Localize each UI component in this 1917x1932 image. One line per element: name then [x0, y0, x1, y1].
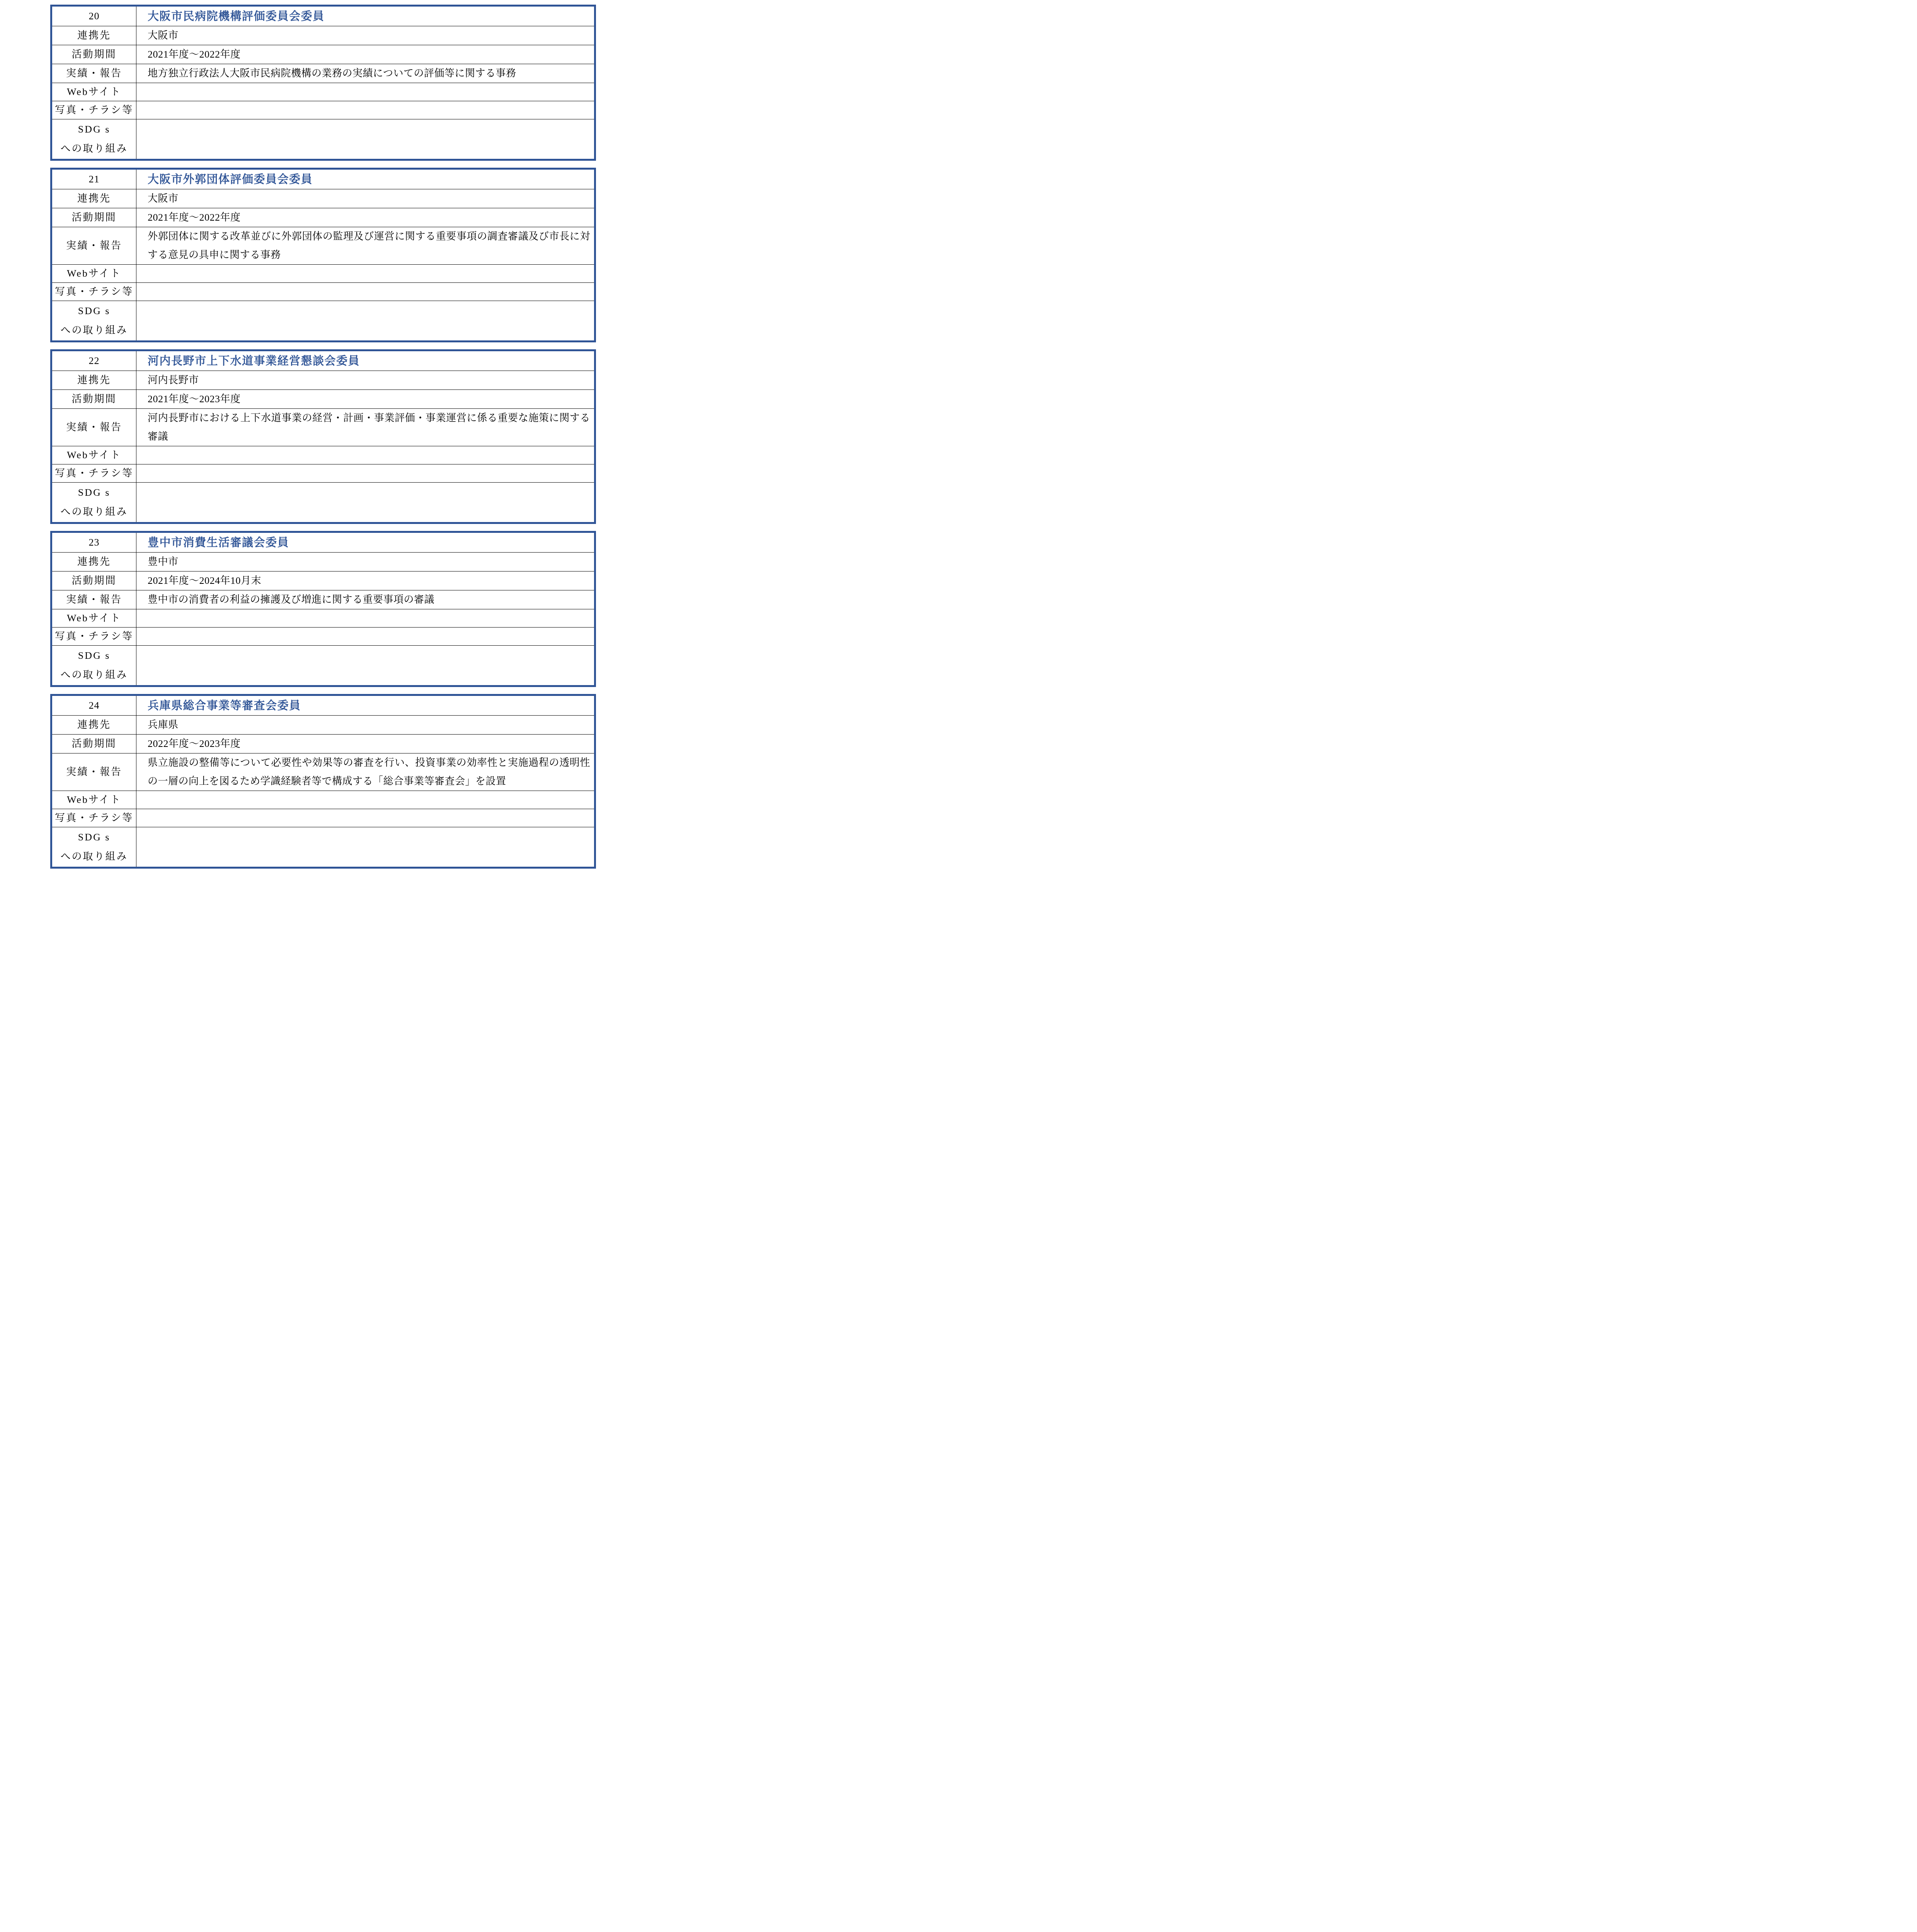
table-row: 写真・チラシ等	[51, 101, 595, 119]
table-row: SDG sへの取り組み	[51, 827, 595, 868]
partner-value: 河内長野市	[136, 371, 595, 390]
row-label-website: Webサイト	[51, 83, 136, 101]
website-value	[136, 83, 595, 101]
row-label-results: 実績・報告	[51, 590, 136, 609]
photos-value	[136, 283, 595, 301]
results-value: 地方独立行政法人大阪市民病院機構の業務の実績についての評価等に関する事務	[136, 64, 595, 83]
table-row: 写真・チラシ等	[51, 628, 595, 646]
photos-value	[136, 101, 595, 119]
row-label-website: Webサイト	[51, 446, 136, 464]
photos-value	[136, 464, 595, 483]
row-label-sdgs: SDG sへの取り組み	[51, 646, 136, 686]
committee-entry-table-24: 24兵庫県総合事業等審査会委員連携先兵庫県活動期間2022年度～2023年度実績…	[50, 694, 596, 869]
table-row: 22河内長野市上下水道事業経営懇談会委員	[51, 350, 595, 371]
table-row: Webサイト	[51, 446, 595, 464]
sdgs-label-line2: への取り組み	[54, 321, 134, 340]
row-label-partner: 連携先	[51, 553, 136, 571]
table-row: SDG sへの取り組み	[51, 301, 595, 342]
table-row: 連携先河内長野市	[51, 371, 595, 390]
sdgs-value	[136, 646, 595, 686]
table-row: 連携先兵庫県	[51, 716, 595, 735]
entry-title: 河内長野市上下水道事業経営懇談会委員	[136, 350, 595, 371]
table-row: 活動期間2021年度～2022年度	[51, 45, 595, 64]
sdgs-label-line1: SDG s	[54, 301, 134, 321]
document-page: 20大阪市民病院機構評価委員会委員連携先大阪市活動期間2021年度～2022年度…	[0, 0, 639, 873]
entry-number: 22	[51, 350, 136, 371]
table-row: Webサイト	[51, 83, 595, 101]
table-row: 21大阪市外郭団体評価委員会委員	[51, 169, 595, 189]
period-value: 2021年度～2022年度	[136, 45, 595, 64]
sdgs-label-line1: SDG s	[54, 828, 134, 847]
committee-entry-table-21: 21大阪市外郭団体評価委員会委員連携先大阪市活動期間2021年度～2022年度実…	[50, 168, 596, 342]
table-row: 連携先大阪市	[51, 189, 595, 208]
sdgs-label-line2: への取り組み	[54, 665, 134, 685]
table-row: Webサイト	[51, 265, 595, 283]
entry-number: 21	[51, 169, 136, 189]
row-label-photos: 写真・チラシ等	[51, 101, 136, 119]
results-value: 県立施設の整備等について必要性や効果等の審査を行い、投資事業の効率性と実施過程の…	[136, 753, 595, 791]
table-row: 実績・報告地方独立行政法人大阪市民病院機構の業務の実績についての評価等に関する事…	[51, 64, 595, 83]
table-row: 活動期間2021年度～2024年10月末	[51, 571, 595, 590]
sdgs-label-line2: への取り組み	[54, 502, 134, 522]
photos-value	[136, 628, 595, 646]
row-label-photos: 写真・チラシ等	[51, 464, 136, 483]
table-row: 23豊中市消費生活審議会委員	[51, 532, 595, 553]
table-row: 実績・報告河内長野市における上下水道事業の経営・計画・事業評価・事業運営に係る重…	[51, 409, 595, 446]
table-row: 実績・報告外郭団体に関する改革並びに外郭団体の監理及び運営に関する重要事項の調査…	[51, 227, 595, 265]
row-label-photos: 写真・チラシ等	[51, 628, 136, 646]
sdgs-label-line2: への取り組み	[54, 847, 134, 866]
table-row: 写真・チラシ等	[51, 283, 595, 301]
row-label-sdgs: SDG sへの取り組み	[51, 483, 136, 523]
period-value: 2021年度～2023年度	[136, 390, 595, 409]
entry-number: 24	[51, 695, 136, 716]
row-label-website: Webサイト	[51, 791, 136, 809]
table-row: 20大阪市民病院機構評価委員会委員	[51, 6, 595, 26]
entry-title: 大阪市外郭団体評価委員会委員	[136, 169, 595, 189]
row-label-results: 実績・報告	[51, 64, 136, 83]
row-label-period: 活動期間	[51, 208, 136, 227]
committee-entry-table-20: 20大阪市民病院機構評価委員会委員連携先大阪市活動期間2021年度～2022年度…	[50, 5, 596, 161]
table-row: Webサイト	[51, 609, 595, 628]
results-value: 豊中市の消費者の利益の擁護及び増進に関する重要事項の審議	[136, 590, 595, 609]
table-row: 実績・報告豊中市の消費者の利益の擁護及び増進に関する重要事項の審議	[51, 590, 595, 609]
table-row: 写真・チラシ等	[51, 809, 595, 827]
table-row: SDG sへの取り組み	[51, 483, 595, 523]
partner-value: 大阪市	[136, 189, 595, 208]
sdgs-label-line2: への取り組み	[54, 139, 134, 158]
partner-value: 兵庫県	[136, 716, 595, 735]
entry-title: 兵庫県総合事業等審査会委員	[136, 695, 595, 716]
sdgs-value	[136, 483, 595, 523]
results-value: 河内長野市における上下水道事業の経営・計画・事業評価・事業運営に係る重要な施策に…	[136, 409, 595, 446]
row-label-results: 実績・報告	[51, 227, 136, 265]
photos-value	[136, 809, 595, 827]
website-value	[136, 791, 595, 809]
row-label-partner: 連携先	[51, 716, 136, 735]
partner-value: 大阪市	[136, 26, 595, 45]
row-label-results: 実績・報告	[51, 753, 136, 791]
entry-number: 20	[51, 6, 136, 26]
row-label-partner: 連携先	[51, 189, 136, 208]
row-label-period: 活動期間	[51, 735, 136, 753]
partner-value: 豊中市	[136, 553, 595, 571]
row-label-period: 活動期間	[51, 571, 136, 590]
website-value	[136, 446, 595, 464]
results-value: 外郭団体に関する改革並びに外郭団体の監理及び運営に関する重要事項の調査審議及び市…	[136, 227, 595, 265]
table-row: 実績・報告県立施設の整備等について必要性や効果等の審査を行い、投資事業の効率性と…	[51, 753, 595, 791]
row-label-website: Webサイト	[51, 265, 136, 283]
entry-number: 23	[51, 532, 136, 553]
row-label-sdgs: SDG sへの取り組み	[51, 301, 136, 342]
row-label-results: 実績・報告	[51, 409, 136, 446]
row-label-period: 活動期間	[51, 390, 136, 409]
row-label-photos: 写真・チラシ等	[51, 809, 136, 827]
table-row: 活動期間2021年度～2022年度	[51, 208, 595, 227]
row-label-sdgs: SDG sへの取り組み	[51, 827, 136, 868]
sdgs-label-line1: SDG s	[54, 646, 134, 665]
sdgs-label-line1: SDG s	[54, 120, 134, 139]
committee-entry-table-23: 23豊中市消費生活審議会委員連携先豊中市活動期間2021年度～2024年10月末…	[50, 531, 596, 687]
period-value: 2021年度～2024年10月末	[136, 571, 595, 590]
sdgs-value	[136, 827, 595, 868]
committee-tables-container: 20大阪市民病院機構評価委員会委員連携先大阪市活動期間2021年度～2022年度…	[50, 5, 596, 873]
website-value	[136, 265, 595, 283]
table-row: 活動期間2021年度～2023年度	[51, 390, 595, 409]
table-row: 連携先豊中市	[51, 553, 595, 571]
row-label-photos: 写真・チラシ等	[51, 283, 136, 301]
table-row: 連携先大阪市	[51, 26, 595, 45]
table-row: SDG sへの取り組み	[51, 646, 595, 686]
table-row: 活動期間2022年度～2023年度	[51, 735, 595, 753]
table-row: 写真・チラシ等	[51, 464, 595, 483]
table-row: 24兵庫県総合事業等審査会委員	[51, 695, 595, 716]
row-label-partner: 連携先	[51, 371, 136, 390]
website-value	[136, 609, 595, 628]
period-value: 2021年度～2022年度	[136, 208, 595, 227]
row-label-sdgs: SDG sへの取り組み	[51, 119, 136, 160]
entry-title: 豊中市消費生活審議会委員	[136, 532, 595, 553]
table-row: SDG sへの取り組み	[51, 119, 595, 160]
period-value: 2022年度～2023年度	[136, 735, 595, 753]
sdgs-value	[136, 119, 595, 160]
row-label-website: Webサイト	[51, 609, 136, 628]
row-label-partner: 連携先	[51, 26, 136, 45]
entry-title: 大阪市民病院機構評価委員会委員	[136, 6, 595, 26]
sdgs-label-line1: SDG s	[54, 483, 134, 502]
sdgs-value	[136, 301, 595, 342]
table-row: Webサイト	[51, 791, 595, 809]
committee-entry-table-22: 22河内長野市上下水道事業経営懇談会委員連携先河内長野市活動期間2021年度～2…	[50, 349, 596, 524]
row-label-period: 活動期間	[51, 45, 136, 64]
